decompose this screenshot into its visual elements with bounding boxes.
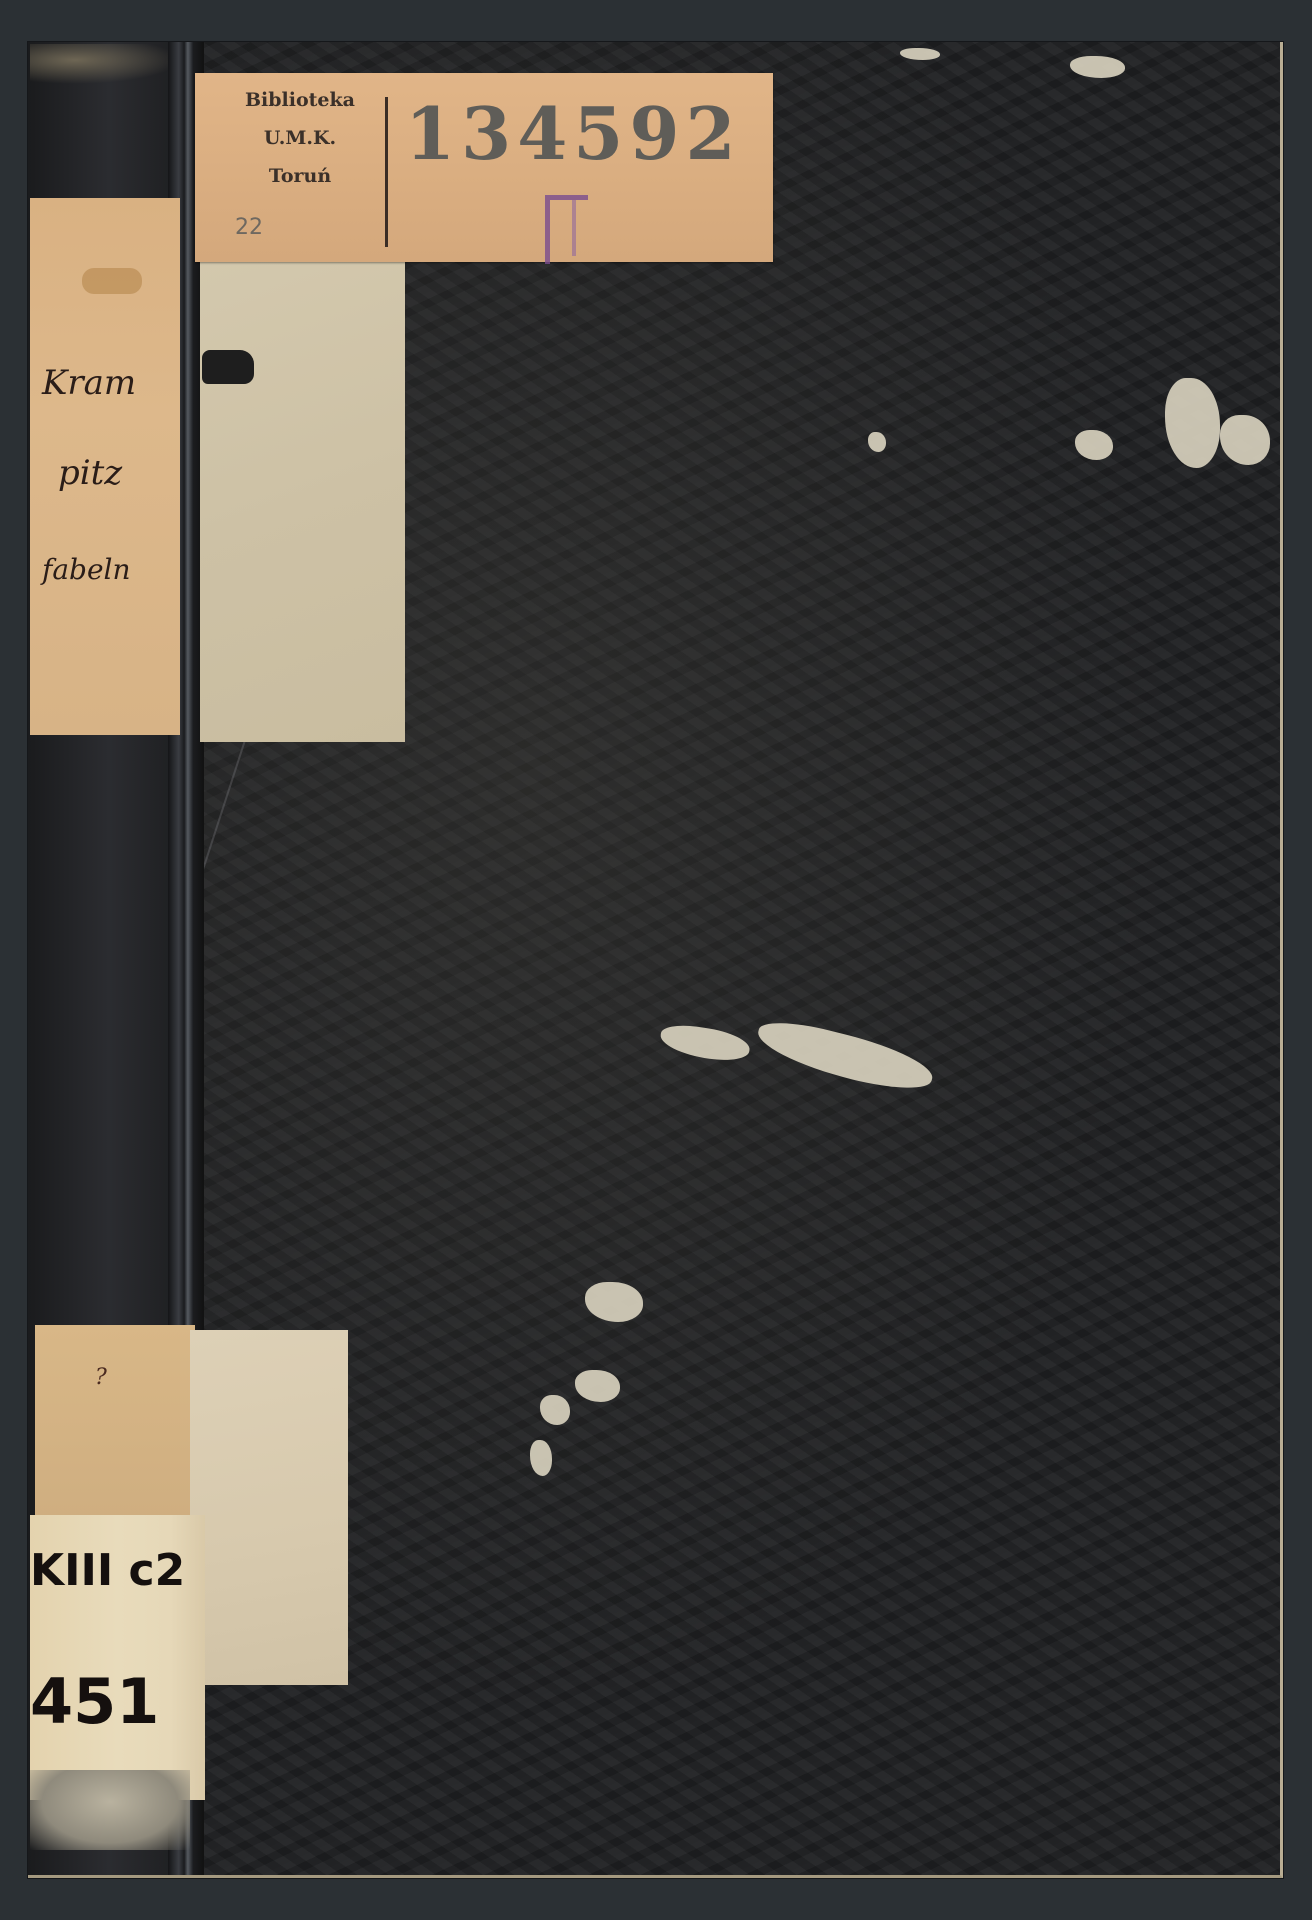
- label-stain: [82, 268, 142, 294]
- accession-number: 134592: [405, 91, 742, 176]
- handwritten-mark: 22: [235, 215, 263, 240]
- library-name-block: Biblioteka U.M.K. Toruń: [225, 81, 375, 195]
- ink-blot: [202, 350, 254, 384]
- spine-bottom-label-upper: ?: [35, 1325, 195, 1520]
- call-number-line-1: KIII c2: [30, 1545, 185, 1596]
- spine-title-label: Kram pitz fabeln: [30, 198, 180, 735]
- wear-spot: [868, 432, 886, 452]
- handwritten-mark: ?: [95, 1365, 107, 1390]
- library-name-line-2: U.M.K.: [225, 119, 375, 157]
- cover-paper-label: [200, 262, 405, 742]
- spine-handwriting-line-1: Kram: [42, 363, 136, 403]
- purple-stamp-icon: [545, 195, 588, 264]
- cover-bottom-paper-label: [190, 1330, 348, 1685]
- call-number-label: KIII c2 451: [30, 1515, 205, 1800]
- label-divider: [385, 97, 388, 247]
- torn-spine-end: [30, 1770, 190, 1850]
- library-name-line-1: Biblioteka: [225, 81, 375, 119]
- call-number-line-2: 451: [30, 1665, 159, 1738]
- spine-handwriting-line-2: pitz: [58, 453, 122, 493]
- wear-spot: [530, 1440, 552, 1476]
- spine-head-wear: [30, 44, 180, 84]
- spine-handwriting-line-3: fabeln: [42, 553, 131, 586]
- library-accession-label: Biblioteka U.M.K. Toruń 134592 22: [195, 73, 773, 262]
- library-name-line-3: Toruń: [225, 157, 375, 195]
